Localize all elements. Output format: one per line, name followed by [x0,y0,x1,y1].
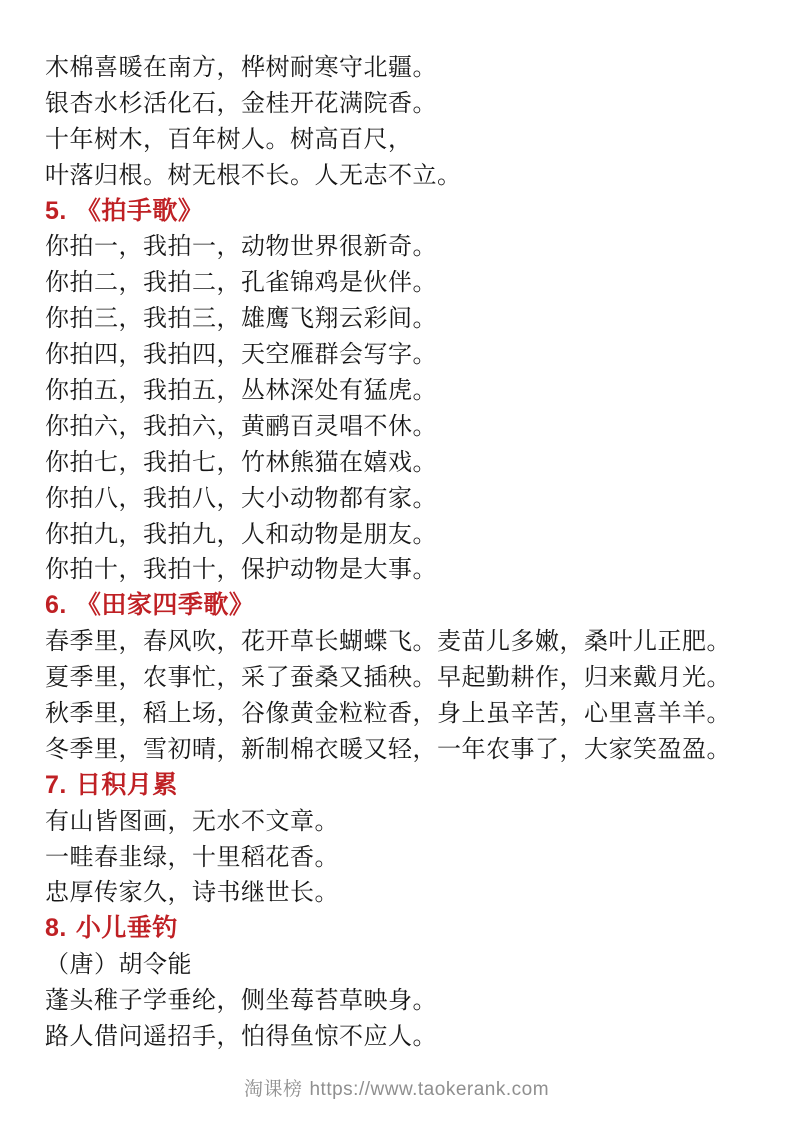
text-line: 叶落归根。树无根不长。人无志不立。 [45,158,753,194]
section-number: 7. [45,771,67,799]
section-number: 5. [45,197,67,225]
poem-line: 你拍三，我拍三，雄鹰飞翔云彩间。 [45,301,753,337]
poem-line: 忠厚传家久，诗书继世长。 [45,875,753,911]
poem-line: 你拍二，我拍二，孔雀锦鸡是伙伴。 [45,265,753,301]
section-title: 《拍手歌》 [76,197,204,225]
poem-line: 蓬头稚子学垂纶，侧坐莓苔草映身。 [45,983,753,1019]
document-page: 木棉喜暖在南方，桦树耐寒守北疆。 银杏水杉活化石，金桂开花满院香。 十年树木，百… [0,0,793,1122]
poem-line: 冬季里，雪初晴，新制棉衣暖又轻，一年农事了，大家笑盈盈。 [45,732,753,768]
poem-line: 你拍六，我拍六，黄鹂百灵唱不休。 [45,409,753,445]
poem-line: 有山皆图画，无水不文章。 [45,804,753,840]
section-number: 8. [45,914,67,942]
text-line: 银杏水杉活化石，金桂开花满院香。 [45,86,753,122]
section-heading-5: 5.《拍手歌》 [45,194,753,230]
text-line: 木棉喜暖在南方，桦树耐寒守北疆。 [45,50,753,86]
section-number: 6. [45,591,67,619]
poem-line: 春季里，春风吹，花开草长蝴蝶飞。麦苗儿多嫩，桑叶儿正肥。 [45,624,753,660]
section-title: 日积月累 [76,771,178,799]
document-content: 木棉喜暖在南方，桦树耐寒守北疆。 银杏水杉活化石，金桂开花满院香。 十年树木，百… [0,0,793,1055]
poem-line: 你拍四，我拍四，天空雁群会写字。 [45,337,753,373]
poem-line: 你拍五，我拍五，丛林深处有猛虎。 [45,373,753,409]
poem-line: 一畦春韭绿，十里稻花香。 [45,840,753,876]
poem-author: （唐）胡令能 [45,947,753,983]
poem-line: 你拍七，我拍七，竹林熊猫在嬉戏。 [45,445,753,481]
poem-line: 你拍八，我拍八，大小动物都有家。 [45,481,753,517]
poem-line: 你拍十，我拍十，保护动物是大事。 [45,552,753,588]
watermark-site-url: https://www.taokerank.com [309,1079,549,1100]
section-heading-8: 8.小儿垂钓 [45,911,753,947]
text-line: 十年树木，百年树人。树高百尺， [45,122,753,158]
watermark-footer: 淘课榜https://www.taokerank.com [0,1074,793,1101]
poem-line: 你拍九，我拍九，人和动物是朋友。 [45,517,753,553]
poem-line: 路人借问遥招手，怕得鱼惊不应人。 [45,1019,753,1055]
section-title: 《田家四季歌》 [76,591,255,619]
poem-line: 你拍一，我拍一，动物世界很新奇。 [45,229,753,265]
poem-line: 秋季里，稻上场，谷像黄金粒粒香，身上虽辛苦，心里喜羊羊。 [45,696,753,732]
section-title: 小儿垂钓 [76,914,178,942]
watermark-site-name: 淘课榜 [244,1079,303,1100]
section-heading-7: 7.日积月累 [45,768,753,804]
poem-line: 夏季里，农事忙，采了蚕桑又插秧。早起勤耕作，归来戴月光。 [45,660,753,696]
section-heading-6: 6.《田家四季歌》 [45,588,753,624]
